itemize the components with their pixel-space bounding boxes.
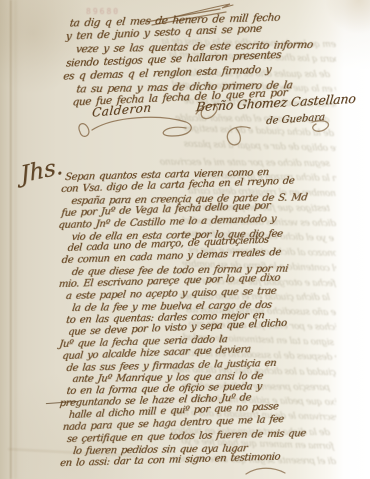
closing-flourish [244,465,288,477]
manuscript-photo: em qo las de mas o dho se lo q ansi de l… [0,0,370,479]
main-text-block: Sepan quantos esta carta vieren como enc… [65,170,341,470]
archive-stamp-number: 89680 [86,7,120,16]
